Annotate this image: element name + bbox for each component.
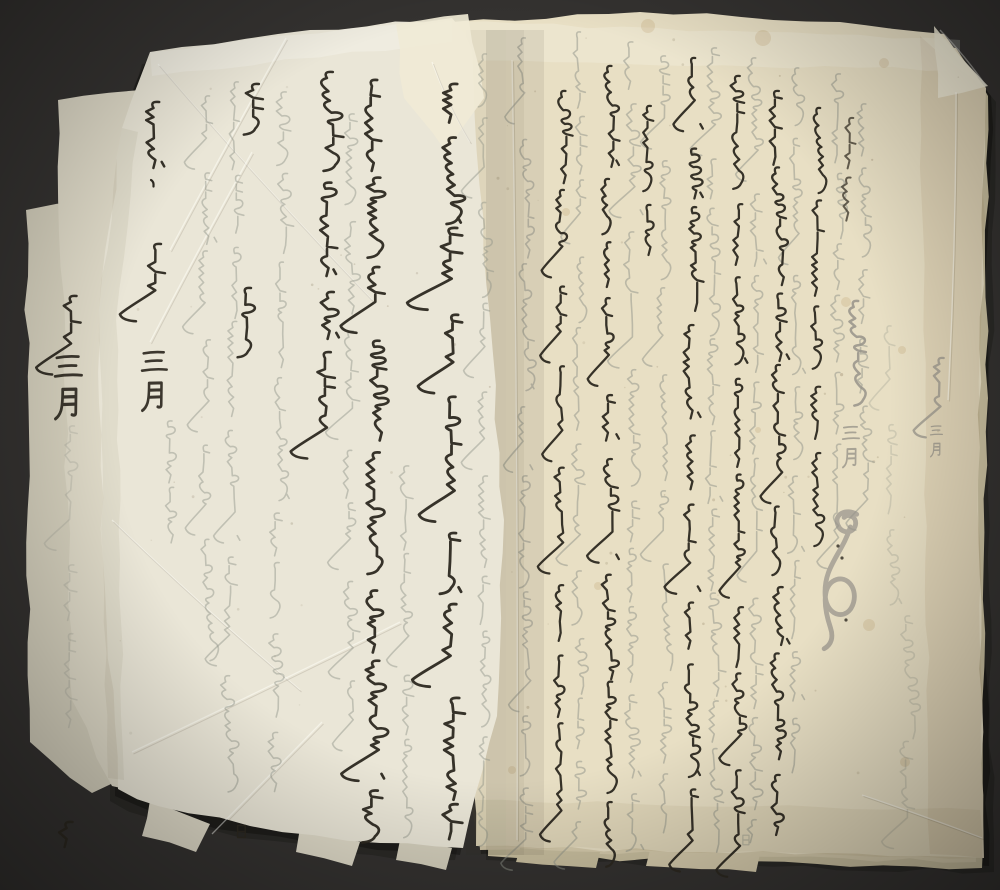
- foxing-spot: [898, 346, 906, 354]
- ink-speck: [840, 556, 843, 559]
- ink-speck: [844, 618, 847, 621]
- foxing-spot: [879, 58, 889, 68]
- foxing-spot: [863, 619, 875, 631]
- manuscript-scan: [0, 0, 1000, 890]
- foxing-spot: [755, 427, 761, 433]
- foxing-spot: [755, 30, 771, 46]
- ink-speck: [836, 544, 839, 547]
- manuscript-photo: Archival photograph of an open Manchu ma…: [0, 0, 1000, 890]
- foxing-spot: [594, 582, 602, 590]
- foxing-spot: [841, 297, 851, 307]
- left-page: [24, 14, 504, 870]
- foxing-spot: [641, 19, 655, 33]
- foxing-spot: [562, 208, 570, 216]
